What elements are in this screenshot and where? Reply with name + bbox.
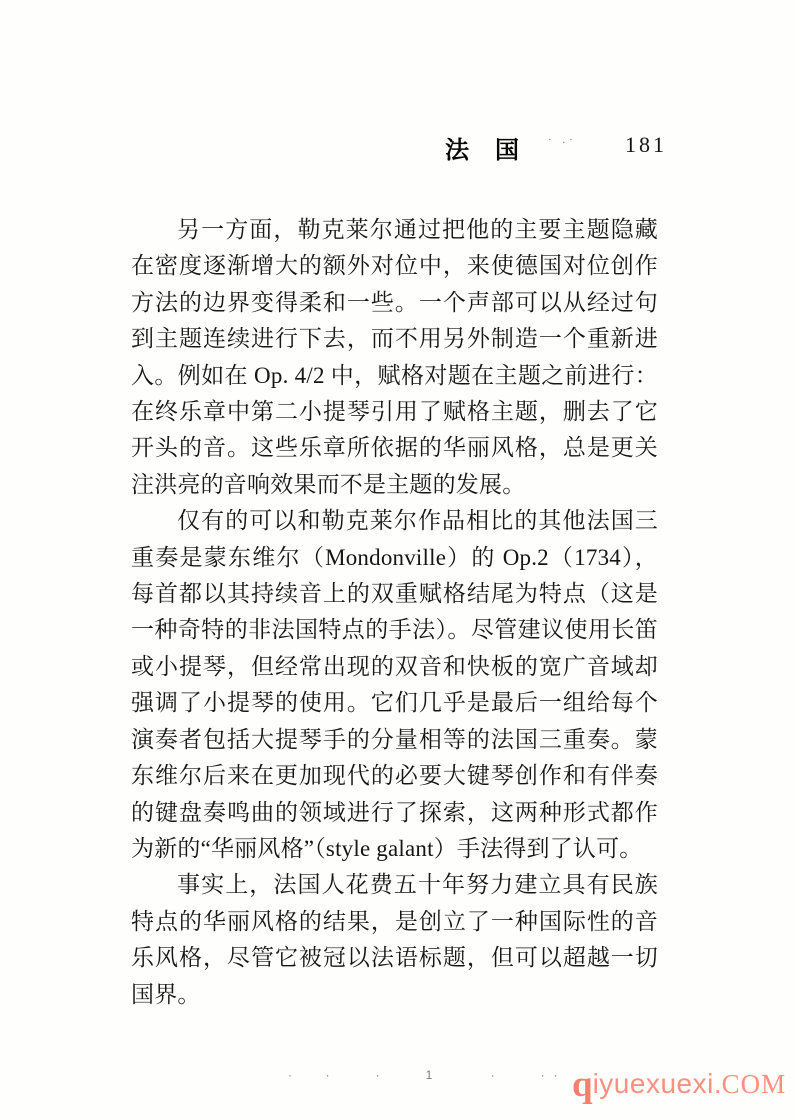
paragraph-1: 另一方面，勒克莱尔通过把他的主要主题隐藏在密度逐渐增大的额外对位中，来使德国对位…	[131, 212, 658, 503]
scan-speck-footer: · · · 1 · ··	[288, 1068, 567, 1082]
body-text-block: 另一方面，勒克莱尔通过把他的主要主题隐藏在密度逐渐增大的额外对位中，来使德国对位…	[131, 212, 658, 1013]
watermark-tld: COM	[722, 1069, 787, 1099]
watermark-dot: .	[714, 1068, 722, 1099]
paragraph-3: 事实上，法国人花费五十年努力建立具有民族特点的华丽风格的结果，是创立了一种国际性…	[131, 867, 658, 1013]
watermark-initial: q	[572, 1064, 593, 1105]
paragraph-2: 仅有的可以和勒克莱尔作品相比的其他法国三重奏是蒙东维尔（Mondonville）…	[131, 503, 658, 867]
watermark-name: iyuexuexi	[593, 1068, 714, 1099]
watermark: qiyuexuexi.COM	[572, 1063, 786, 1106]
running-head: 法 国 · .· 181	[0, 128, 794, 164]
page-number: 181	[625, 132, 667, 158]
running-head-title: 法 国	[445, 130, 520, 165]
scan-speck-header: · .·	[548, 134, 577, 146]
scanned-book-page: 法 国 · .· 181 另一方面，勒克莱尔通过把他的主要主题隐藏在密度逐渐增大…	[0, 0, 794, 1120]
